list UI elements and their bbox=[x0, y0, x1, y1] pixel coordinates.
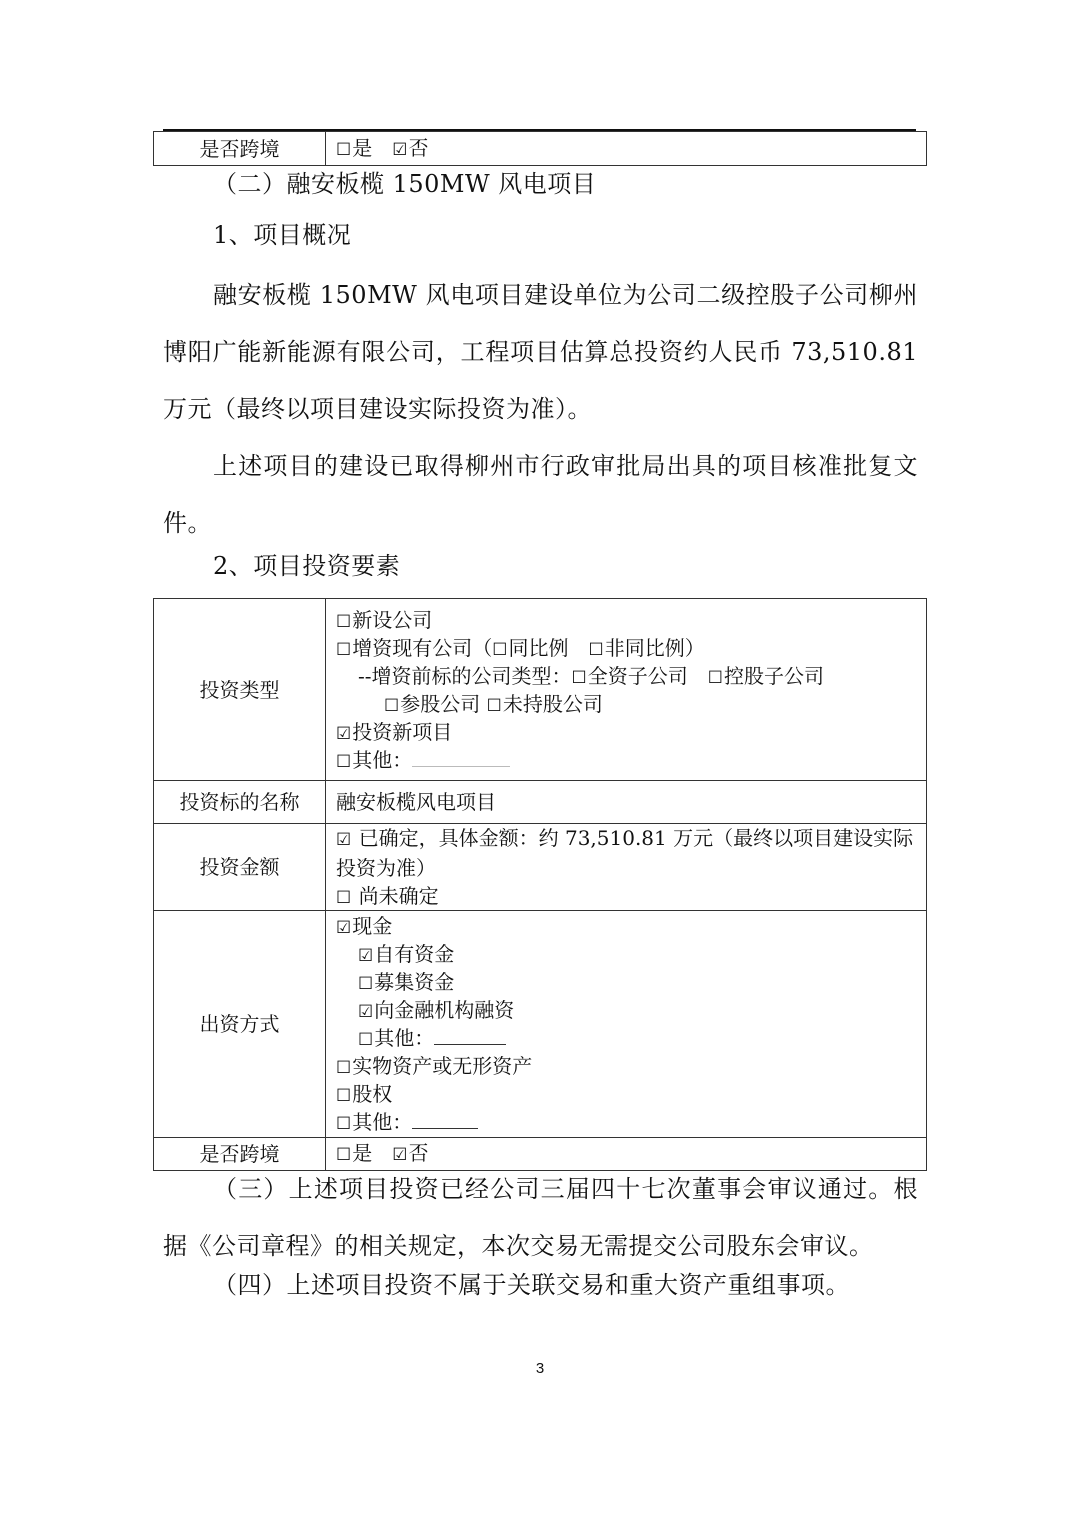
option-no: 否 bbox=[409, 136, 429, 160]
option-label: 尚未确定 bbox=[352, 884, 438, 908]
checkbox-unchecked-icon[interactable]: ☐ bbox=[358, 974, 373, 994]
option-raised-funds: ☐募集资金 bbox=[336, 968, 916, 996]
investment-type-value: ☐新设公司 ☐增资现有公司（☐同比例 ☐非同比例） --增资前标的公司类型：☐全… bbox=[326, 599, 927, 781]
row-funding-method: 出资方式 ☑现金 ☑自有资金 ☐募集资金 ☑向金融机构融资 ☐其他： ☐实物资产… bbox=[154, 911, 927, 1138]
option-label: 参股公司 bbox=[400, 692, 486, 716]
option-label: 非同比例） bbox=[605, 636, 705, 660]
checkbox-unchecked-icon[interactable]: ☐ bbox=[492, 640, 507, 660]
cross-border-row: 是否跨境 ☐是 ☑否 bbox=[154, 132, 927, 166]
option-physical-assets: ☐实物资产或无形资产 bbox=[336, 1052, 916, 1080]
checkbox-unchecked-icon[interactable]: ☐ bbox=[336, 1086, 351, 1106]
option-label: 其他： bbox=[352, 748, 412, 772]
checkbox-unchecked-icon[interactable]: ☐ bbox=[384, 696, 399, 716]
option-label: 增资现有公司（ bbox=[352, 636, 492, 660]
option-label: 控股子公司 bbox=[724, 664, 824, 688]
blank-field[interactable] bbox=[434, 1026, 506, 1045]
option-label: 同比例 bbox=[509, 636, 589, 660]
pre-increase-company-type: --增资前标的公司类型：☐全资子公司 ☐控股子公司 bbox=[336, 662, 916, 690]
checkbox-unchecked-icon[interactable]: ☐ bbox=[336, 140, 351, 160]
option-other: ☐其他： bbox=[336, 746, 916, 774]
pre-increase-company-type-cont: ☐参股公司 ☐未持股公司 bbox=[336, 690, 916, 718]
checkbox-checked-icon[interactable]: ☑ bbox=[392, 140, 407, 160]
checkbox-unchecked-icon[interactable]: ☐ bbox=[336, 1114, 351, 1134]
checkbox-unchecked-icon[interactable]: ☐ bbox=[708, 668, 723, 688]
investment-elements-table: 投资类型 ☐新设公司 ☐增资现有公司（☐同比例 ☐非同比例） --增资前标的公司… bbox=[153, 598, 927, 1171]
option-new-company: ☐新设公司 bbox=[336, 606, 916, 634]
option-new-project: ☑投资新项目 bbox=[336, 718, 916, 746]
investment-type-label: 投资类型 bbox=[154, 599, 326, 781]
target-name-label: 投资标的名称 bbox=[154, 781, 326, 824]
option-confirmed: ☑ 已确定，具体金额：约 73,510.81 万元（最终以项目建设实际投资为准） bbox=[336, 824, 916, 882]
checkbox-checked-icon[interactable]: ☑ bbox=[336, 918, 351, 938]
option-label: 实物资产或无形资产 bbox=[352, 1054, 532, 1078]
option-label: 募集资金 bbox=[374, 970, 454, 994]
checkbox-checked-icon[interactable]: ☑ bbox=[358, 1002, 373, 1022]
investment-amount-value: ☑ 已确定，具体金额：约 73,510.81 万元（最终以项目建设实际投资为准）… bbox=[326, 824, 927, 911]
option-label: 新设公司 bbox=[352, 608, 432, 632]
checkbox-checked-icon[interactable]: ☑ bbox=[336, 830, 351, 850]
option-label: 全资子公司 bbox=[588, 664, 708, 688]
page-number: 3 bbox=[0, 1360, 1080, 1377]
option-label: 未持股公司 bbox=[503, 692, 603, 716]
option-unconfirmed: ☐ 尚未确定 bbox=[336, 882, 916, 910]
option-own-funds: ☑自有资金 bbox=[336, 940, 916, 968]
blank-field[interactable] bbox=[412, 1110, 478, 1129]
option-label: 向金融机构融资 bbox=[374, 998, 514, 1022]
option-label: 现金 bbox=[352, 914, 392, 938]
checkbox-unchecked-icon[interactable]: ☐ bbox=[572, 668, 587, 688]
checkbox-unchecked-icon[interactable]: ☐ bbox=[336, 888, 351, 908]
related-transaction-paragraph: （四）上述项目投资不属于关联交易和重大资产重组事项。 bbox=[163, 1257, 918, 1314]
target-name-value: 融安板榄风电项目 bbox=[326, 781, 927, 824]
row-target-name: 投资标的名称 融安板榄风电项目 bbox=[154, 781, 927, 824]
option-equity: ☐股权 bbox=[336, 1080, 916, 1108]
option-cash-other: ☐其他： bbox=[336, 1024, 916, 1052]
checkbox-unchecked-icon[interactable]: ☐ bbox=[336, 1058, 351, 1078]
section-title: （二）融安板榄 150MW 风电项目 bbox=[213, 168, 596, 200]
checkbox-unchecked-icon[interactable]: ☐ bbox=[589, 640, 604, 660]
funding-method-label: 出资方式 bbox=[154, 911, 326, 1138]
checkbox-unchecked-icon[interactable]: ☐ bbox=[336, 640, 351, 660]
option-capital-increase: ☐增资现有公司（☐同比例 ☐非同比例） bbox=[336, 634, 916, 662]
row-investment-type: 投资类型 ☐新设公司 ☐增资现有公司（☐同比例 ☐非同比例） --增资前标的公司… bbox=[154, 599, 927, 781]
option-other: ☐其他： bbox=[336, 1108, 916, 1136]
approval-paragraph: 上述项目的建设已取得柳州市行政审批局出具的项目核准批复文件。 bbox=[163, 438, 918, 552]
option-label: 其他： bbox=[374, 1026, 434, 1050]
option-financing: ☑向金融机构融资 bbox=[336, 996, 916, 1024]
checkbox-unchecked-icon[interactable]: ☐ bbox=[336, 612, 351, 632]
option-cash: ☑现金 bbox=[336, 912, 916, 940]
option-yes: 是 bbox=[352, 136, 372, 160]
option-label: 投资新项目 bbox=[352, 720, 452, 744]
subsection-investment-elements: 2、项目投资要素 bbox=[213, 550, 400, 582]
checkbox-unchecked-icon[interactable]: ☐ bbox=[336, 752, 351, 772]
option-label: --增资前标的公司类型： bbox=[358, 664, 572, 688]
overview-paragraph: 融安板榄 150MW 风电项目建设单位为公司二级控股子公司柳州博阳广能新能源有限… bbox=[163, 267, 918, 438]
cross-border-label: 是否跨境 bbox=[154, 132, 326, 166]
funding-method-value: ☑现金 ☑自有资金 ☐募集资金 ☑向金融机构融资 ☐其他： ☐实物资产或无形资产… bbox=[326, 911, 927, 1138]
checkbox-checked-icon[interactable]: ☑ bbox=[358, 946, 373, 966]
option-label: 其他： bbox=[352, 1110, 412, 1134]
checkbox-checked-icon[interactable]: ☑ bbox=[336, 724, 351, 744]
option-label: 已确定，具体金额：约 73,510.81 万元（最终以项目建设实际投资为准） bbox=[336, 826, 913, 880]
checkbox-unchecked-icon[interactable]: ☐ bbox=[358, 1030, 373, 1050]
subsection-overview: 1、项目概况 bbox=[213, 219, 351, 251]
option-label: 自有资金 bbox=[374, 942, 454, 966]
investment-amount-label: 投资金额 bbox=[154, 824, 326, 911]
row-investment-amount: 投资金额 ☑ 已确定，具体金额：约 73,510.81 万元（最终以项目建设实际… bbox=[154, 824, 927, 911]
checkbox-unchecked-icon[interactable]: ☐ bbox=[487, 696, 502, 716]
previous-project-table-end: 是否跨境 ☐是 ☑否 bbox=[153, 131, 927, 166]
cross-border-value: ☐是 ☑否 bbox=[326, 132, 927, 166]
blank-field[interactable] bbox=[412, 748, 510, 767]
option-label: 股权 bbox=[352, 1082, 392, 1106]
